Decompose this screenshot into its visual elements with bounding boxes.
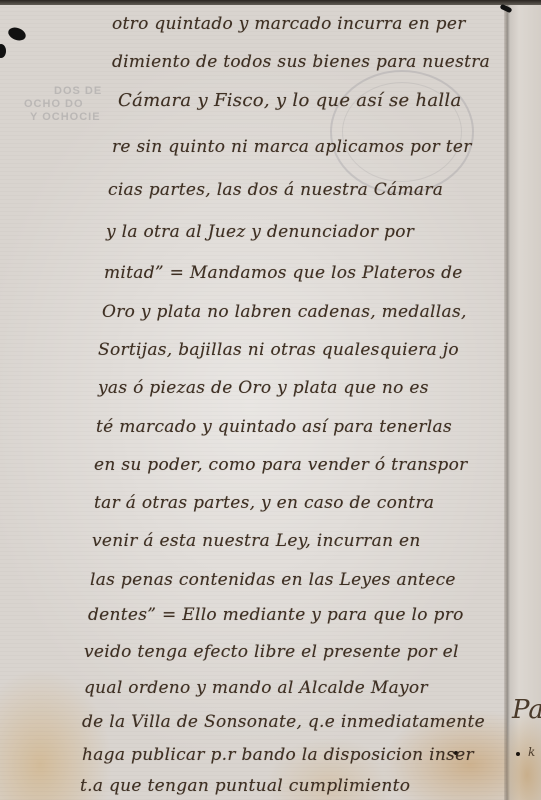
text-line: Oro y plata no labren cadenas, medallas, (102, 302, 467, 322)
text-line: venir á esta nuestra Ley, incurran en (92, 531, 421, 551)
text-line: de la Villa de Sonsonate, q.e inmediatam… (82, 712, 485, 732)
text-line: tar á otras partes, y en caso de contra (94, 493, 434, 513)
text-line: qual ordeno y mando al Alcalde Mayor (84, 678, 428, 698)
text-line: yas ó piezas de Oro y plata que no es (98, 378, 429, 398)
text-line: mitad” = Mandamos que los Plateros de (104, 263, 463, 283)
text-line: veido tenga efecto libre el presente por… (84, 642, 459, 662)
text-line: dentes” = Ello mediante y para que lo pr… (88, 605, 464, 625)
margin-annotation: Pa (512, 695, 541, 725)
manuscript-text: otro quintado y marcado incurra en per d… (0, 0, 541, 800)
margin-annotation-small: k (528, 745, 535, 759)
text-line: Cámara y Fisco, y lo que así se halla (118, 90, 462, 111)
text-line: Sortijas, bajillas ni otras qualesquiera… (98, 340, 459, 360)
text-line: re sin quinto ni marca aplicamos por ter (112, 137, 472, 157)
text-line: cias partes, las dos á nuestra Cámara (108, 180, 443, 200)
text-line: dimiento de todos sus bienes para nuestr… (112, 52, 490, 72)
text-line: y la otra al Juez y denunciador por (106, 222, 414, 242)
text-line: haga publicar p.r bando la disposicion i… (82, 745, 474, 765)
text-line: otro quintado y marcado incurra en per (112, 14, 466, 34)
text-line: las penas contenidas en las Leyes antece (90, 570, 456, 590)
text-line: t.a que tengan puntual cumplimiento (80, 776, 410, 796)
text-line: en su poder, como para vender ó transpor (94, 455, 468, 475)
text-line: té marcado y quintado así para tenerlas (96, 417, 452, 437)
